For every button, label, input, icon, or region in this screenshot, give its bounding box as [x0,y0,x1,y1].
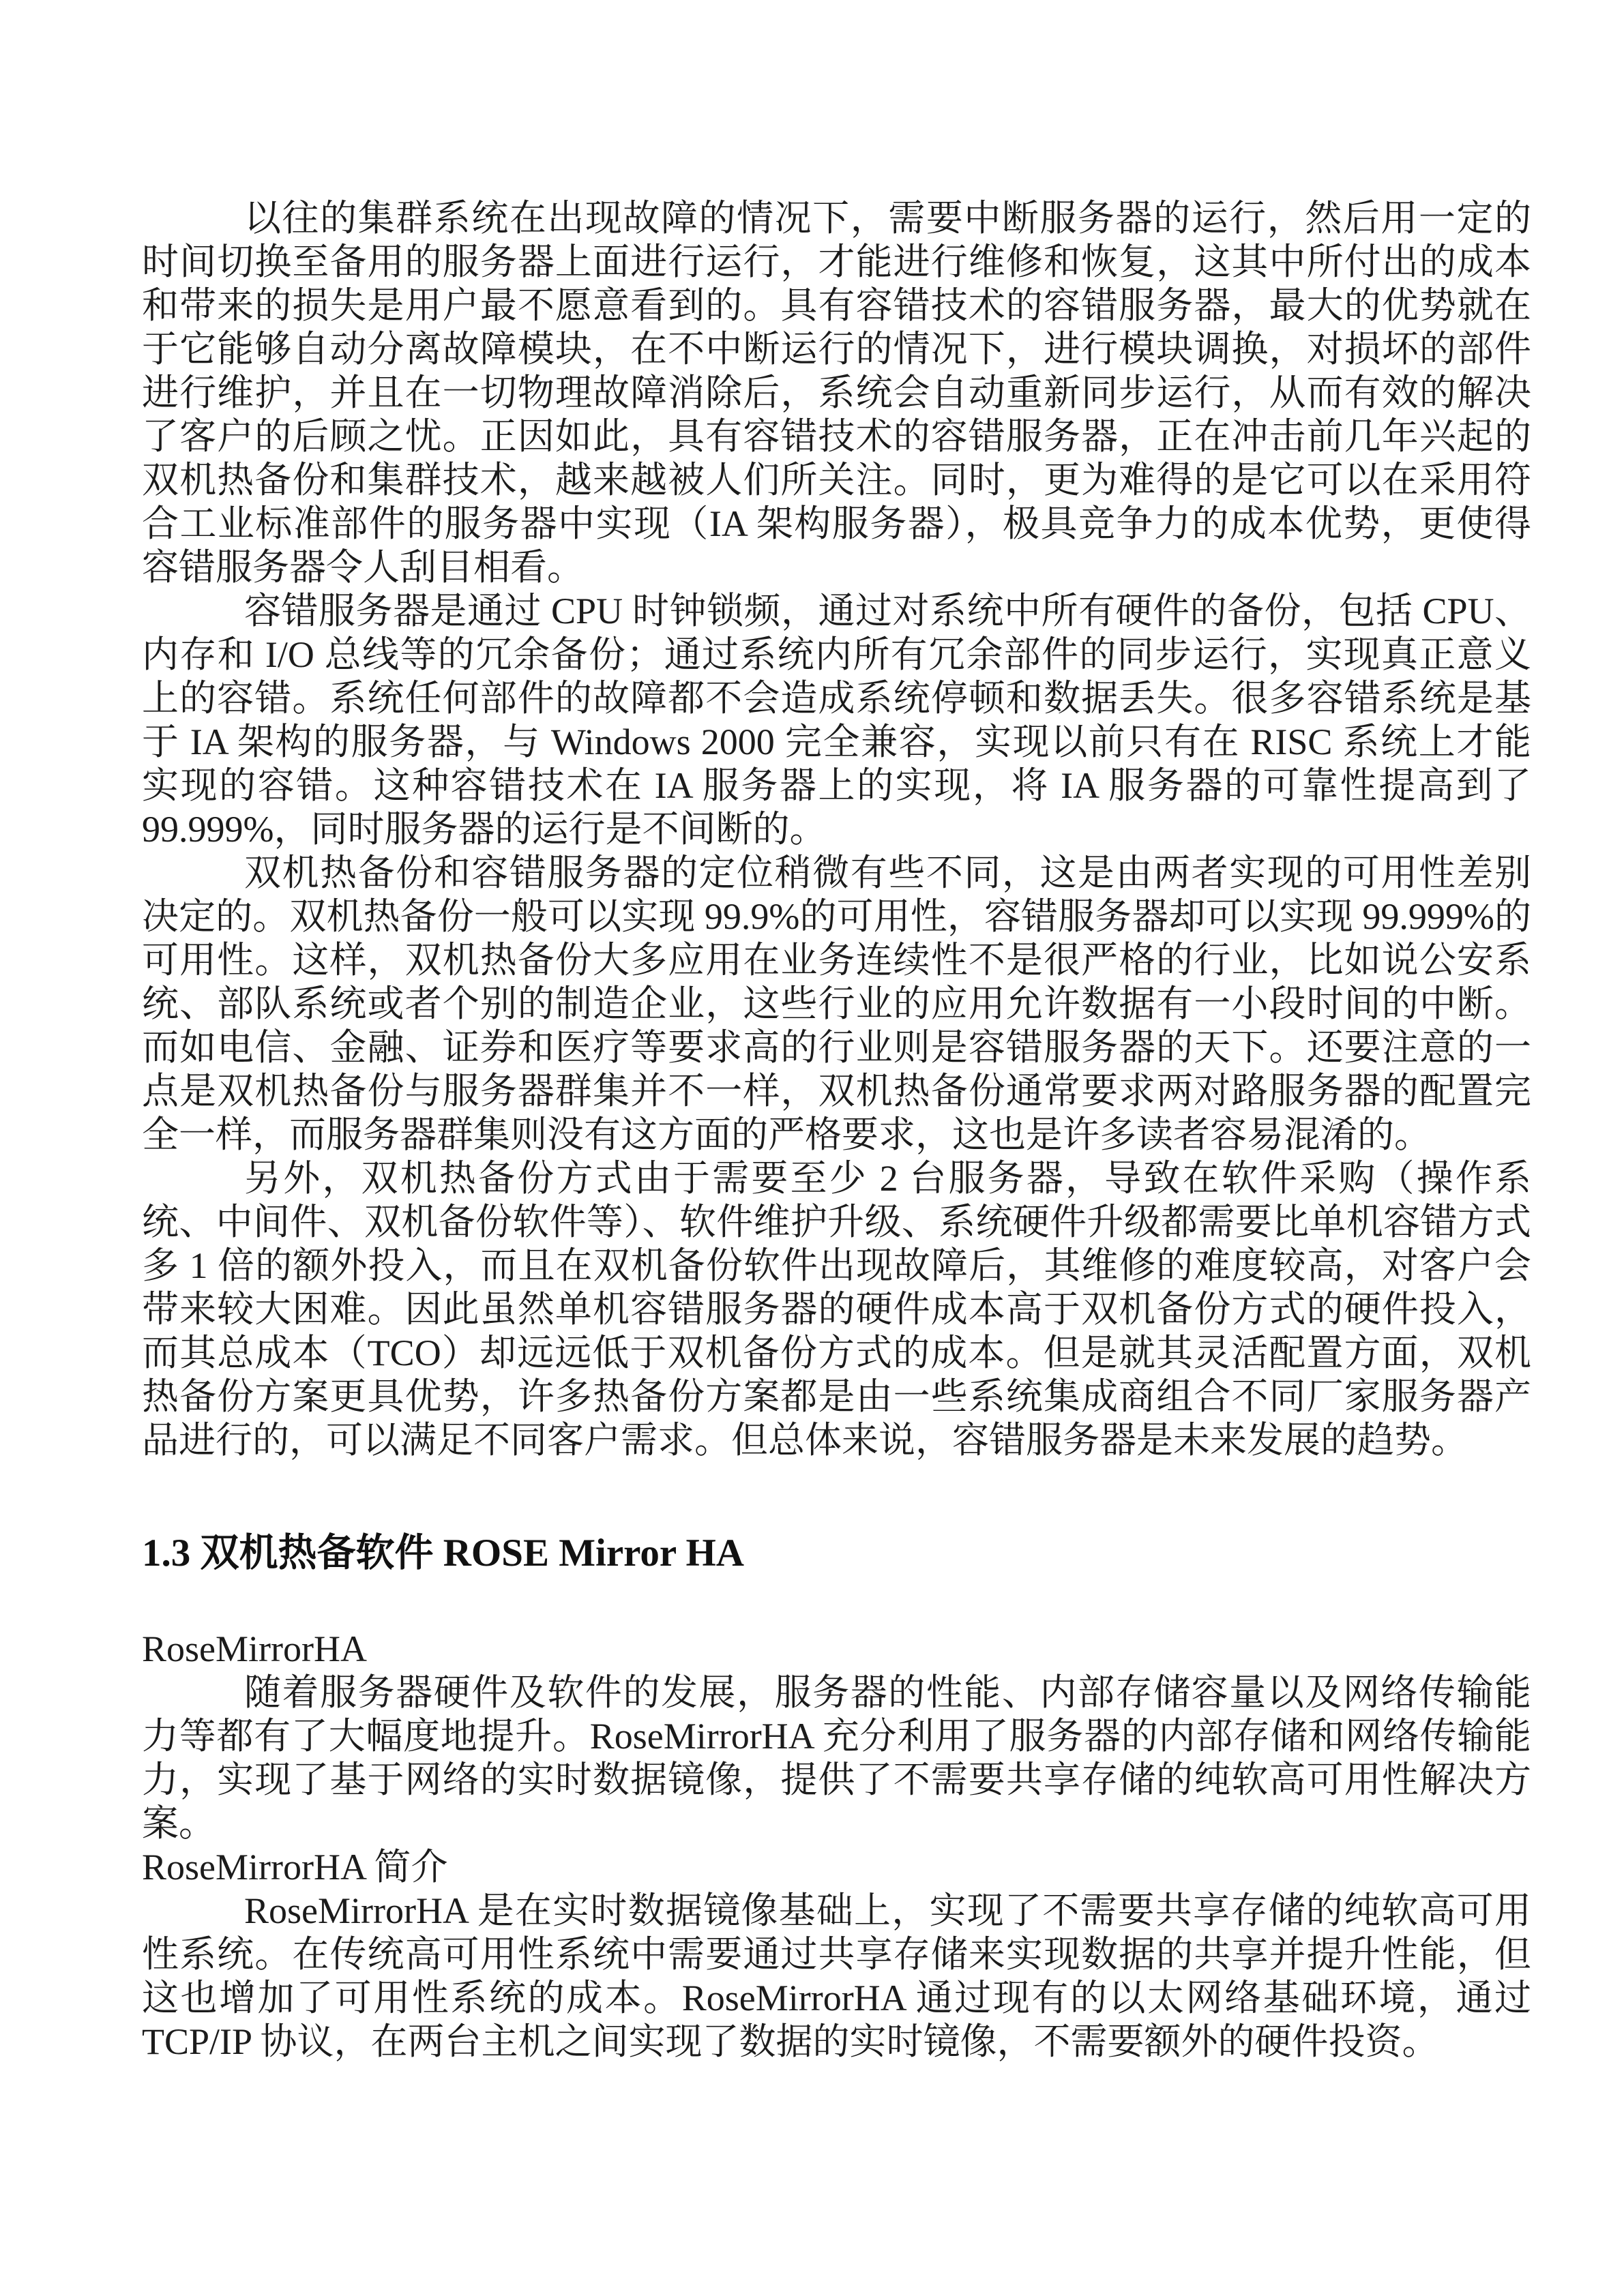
paragraph-rosemirrorha-background: 随着服务器硬件及软件的发展，服务器的性能、内部存储容量以及网络传输能力等都有了大… [142,1671,1531,1845]
section-heading-1-3: 1.3 双机热备软件 ROSE Mirror HA [142,1527,1531,1579]
paragraph-fault-tolerant-server: 容错服务器是通过 CPU 时钟锁频，通过对系统中所有硬件的备份，包括 CPU、内… [142,589,1531,851]
paragraph-hot-standby-vs-fault-tolerant: 双机热备份和容错服务器的定位稍微有些不同，这是由两者实现的可用性差别决定的。双机… [142,851,1531,1157]
document-page: 以往的集群系统在出现故障的情况下，需要中断服务器的运行，然后用一定的时间切换至备… [0,0,1624,2296]
paragraph-cost-comparison: 另外，双机热备份方式由于需要至少 2 台服务器，导致在软件采购（操作系统、中间件… [142,1157,1531,1462]
label-rosemirrorha: RoseMirrorHA [142,1627,1531,1671]
paragraph-cluster-history: 以往的集群系统在出现故障的情况下，需要中断服务器的运行，然后用一定的时间切换至备… [142,196,1531,589]
paragraph-rosemirrorha-description: RoseMirrorHA 是在实时数据镜像基础上，实现了不需要共享存储的纯软高可… [142,1889,1531,2063]
label-rosemirrorha-intro: RoseMirrorHA 简介 [142,1845,1531,1889]
